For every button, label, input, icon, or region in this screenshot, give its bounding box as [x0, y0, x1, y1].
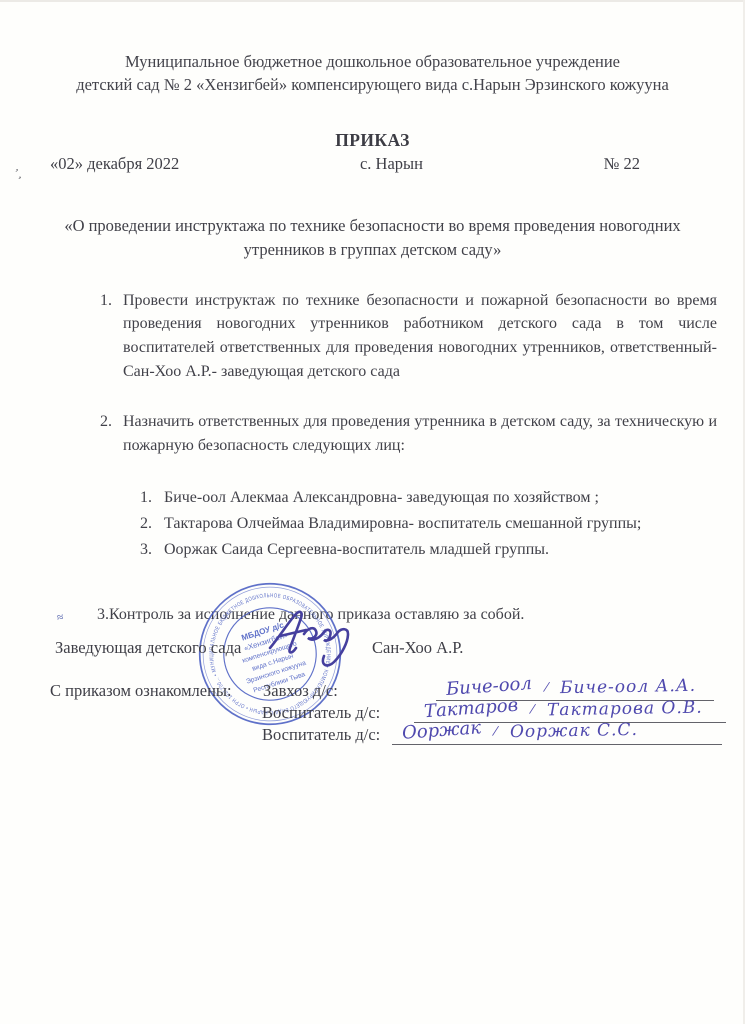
order-item-2: 2. Назначить ответственных для проведени…	[100, 410, 717, 457]
pen-mark: ≈	[56, 609, 66, 625]
order-subject: «О проведении инструктажа по технике без…	[45, 214, 700, 262]
ack-role-zavhoz: Завхоз д/с:	[263, 681, 338, 701]
item-number: 2.	[100, 410, 123, 457]
scanned-order-document: Муниципальное бюджетное дошкольное образ…	[0, 0, 745, 1024]
document-meta-row: «02» декабря 2022 с. Нарын № 22	[50, 154, 640, 174]
responsible-person-1: 1. Биче-оол Алекмаа Александровна- завед…	[140, 485, 705, 511]
ack-role-vospitatel-2: Воспитатель д/с:	[262, 725, 380, 745]
signatory-name: Сан-Хоо А.Р.	[372, 638, 463, 658]
item-number: 3.	[140, 537, 164, 563]
director-signature-scribble	[266, 606, 366, 674]
document-date: «02» декабря 2022	[50, 154, 179, 174]
document-number: № 22	[604, 154, 640, 174]
item-number: 1.	[140, 485, 164, 511]
slash-separator: /	[542, 679, 551, 698]
responsible-persons-list: 1. Биче-оол Алекмаа Александровна- завед…	[140, 485, 705, 563]
slash-separator: /	[528, 701, 537, 720]
scan-edge	[0, 0, 745, 2]
signatory-role: Заведующая детского сада	[55, 638, 241, 658]
order-item-1: 1. Провести инструктаж по технике безопа…	[100, 289, 717, 384]
responsible-person-2: 2. Тактарова Олчеймаа Владимировна- восп…	[140, 511, 705, 537]
document-place: с. Нарын	[179, 154, 603, 174]
item-number: 1.	[100, 289, 123, 384]
item-number: 2.	[140, 511, 164, 537]
document-title: ПРИКАЗ	[0, 130, 745, 151]
organization-header: Муниципальное бюджетное дошкольное образ…	[0, 0, 745, 97]
responsible-person-3: 3. Ооржак Саида Сергеевна-воспитатель мл…	[140, 537, 705, 563]
acknowledgement-label: С приказом ознакомлены:	[50, 681, 232, 701]
handwritten-name: Биче-оол А.А.	[560, 676, 696, 698]
control-clause: 3.Контроль за исполнение данного приказа…	[97, 606, 705, 624]
handwritten-name: Тактарова О.В.	[546, 698, 702, 721]
ack-role-vospitatel-1: Воспитатель д/с:	[262, 703, 380, 723]
organization-name-line2: детский сад № 2 «Хензигбей» компенсирующ…	[0, 73, 745, 96]
item-text: Назначить ответственных для проведения у…	[123, 410, 717, 457]
person-text: Тактарова Олчеймаа Владимировна- воспита…	[164, 511, 641, 537]
handwritten-name: Ооржак С.С.	[509, 720, 637, 742]
handwritten-signature: Ооржак	[401, 717, 481, 743]
item-text: Провести инструктаж по технике безопасно…	[123, 289, 717, 384]
person-text: Биче-оол Алекмаа Александровна- заведующ…	[164, 485, 599, 511]
pen-mark: ’ ,	[12, 167, 24, 181]
person-text: Ооржак Саида Сергеевна-воспитатель младш…	[164, 537, 549, 563]
slash-separator: /	[491, 723, 500, 742]
ack-signature-line-3: Ооржак / Ооржак С.С.	[392, 720, 722, 745]
organization-name-line1: Муниципальное бюджетное дошкольное образ…	[0, 50, 745, 73]
